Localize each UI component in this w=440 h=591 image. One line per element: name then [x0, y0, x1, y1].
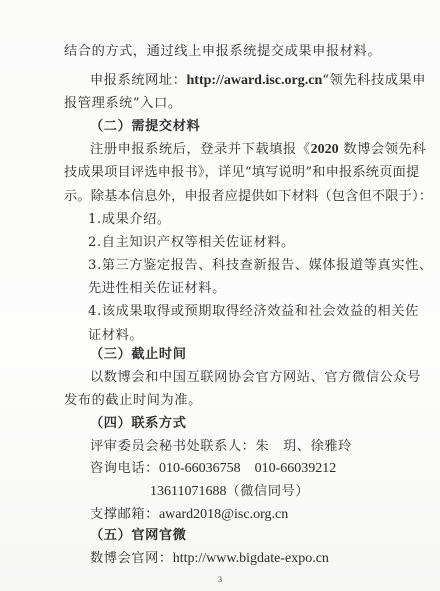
list-item-3: 3.第三方鉴定报告、科技查新报告、媒体报道等真实性、	[88, 257, 433, 275]
list-item-2: 2.自主知识产权等相关佐证材料。	[88, 234, 295, 252]
label: 支撑邮箱：	[90, 507, 159, 522]
expo-url-link[interactable]: http://www.bigdate-expo.cn	[173, 551, 329, 566]
section-heading-materials: （二）需提交材料	[90, 118, 200, 136]
official-site-line: 数博会官网：http://www.bigdate-expo.cn	[90, 550, 329, 568]
list-item-4-cont: 证材料。	[88, 327, 143, 345]
year: 2020	[311, 142, 339, 157]
label: 数博会官网：	[90, 551, 173, 566]
award-url-link[interactable]: http://award.isc.org.cn	[187, 73, 323, 88]
paragraph-line: 以数博会和中国互联网协会官方网站、官方微信公众号	[90, 369, 421, 387]
email-link[interactable]: award2018@isc.org.cn	[159, 507, 288, 522]
list-item-1: 1.成果介绍。	[88, 211, 171, 229]
phone-numbers: 010-66036758 010-66039212	[159, 461, 336, 476]
page-number: 3	[218, 575, 222, 584]
section-heading-contact: （四）联系方式	[90, 415, 187, 433]
support-email-line: 支撑邮箱：award2018@isc.org.cn	[90, 506, 288, 524]
paragraph-line: 示。除基本信息外，申报者应提供如下材料（包含但不限于）：	[64, 188, 432, 206]
paragraph-line: 结合的方式，通过线上申报系统提交成果申报材料。	[64, 43, 381, 61]
label: “领先科技成果申	[322, 73, 426, 88]
section-heading-deadline: （三）截止时间	[90, 346, 187, 364]
section-heading-official: （五）官网官微	[90, 527, 187, 545]
label: 申报系统网址：	[90, 73, 187, 88]
paragraph-line: 发布的截止时间为准。	[64, 392, 202, 410]
mobile-number: 13611071688	[150, 484, 226, 499]
paragraph-line: 技成果项目评选申报书》，详见“填写说明”和申报系统页面提	[64, 164, 419, 182]
label: 咨询电话：	[90, 461, 159, 476]
paragraph-line: 注册申报系统后，登录并下载填报《2020 数博会领先科	[90, 141, 426, 159]
contact-persons: 评审委员会秘书处联系人：朱 玥、徐雅玲	[90, 438, 352, 456]
list-item-4: 4.该成果取得或预期取得经济效益和社会效益的相关佐	[88, 303, 419, 321]
text: 注册申报系统后，登录并下载填报《	[90, 142, 311, 157]
mobile-line: 13611071688（微信同号）	[150, 483, 309, 501]
text: 数博会领先科	[339, 142, 427, 157]
contact-phone-line: 咨询电话：010-66036758 010-66039212	[90, 460, 336, 478]
label: （微信同号）	[226, 484, 309, 499]
document-page: 结合的方式，通过线上申报系统提交成果申报材料。 申报系统网址：http://aw…	[0, 0, 440, 591]
list-item-3-cont: 先进性相关佐证材料。	[88, 280, 226, 298]
paragraph-line: 报管理系统”入口。	[64, 95, 182, 113]
submission-url-line: 申报系统网址：http://award.isc.org.cn“领先科技成果申	[90, 72, 426, 90]
